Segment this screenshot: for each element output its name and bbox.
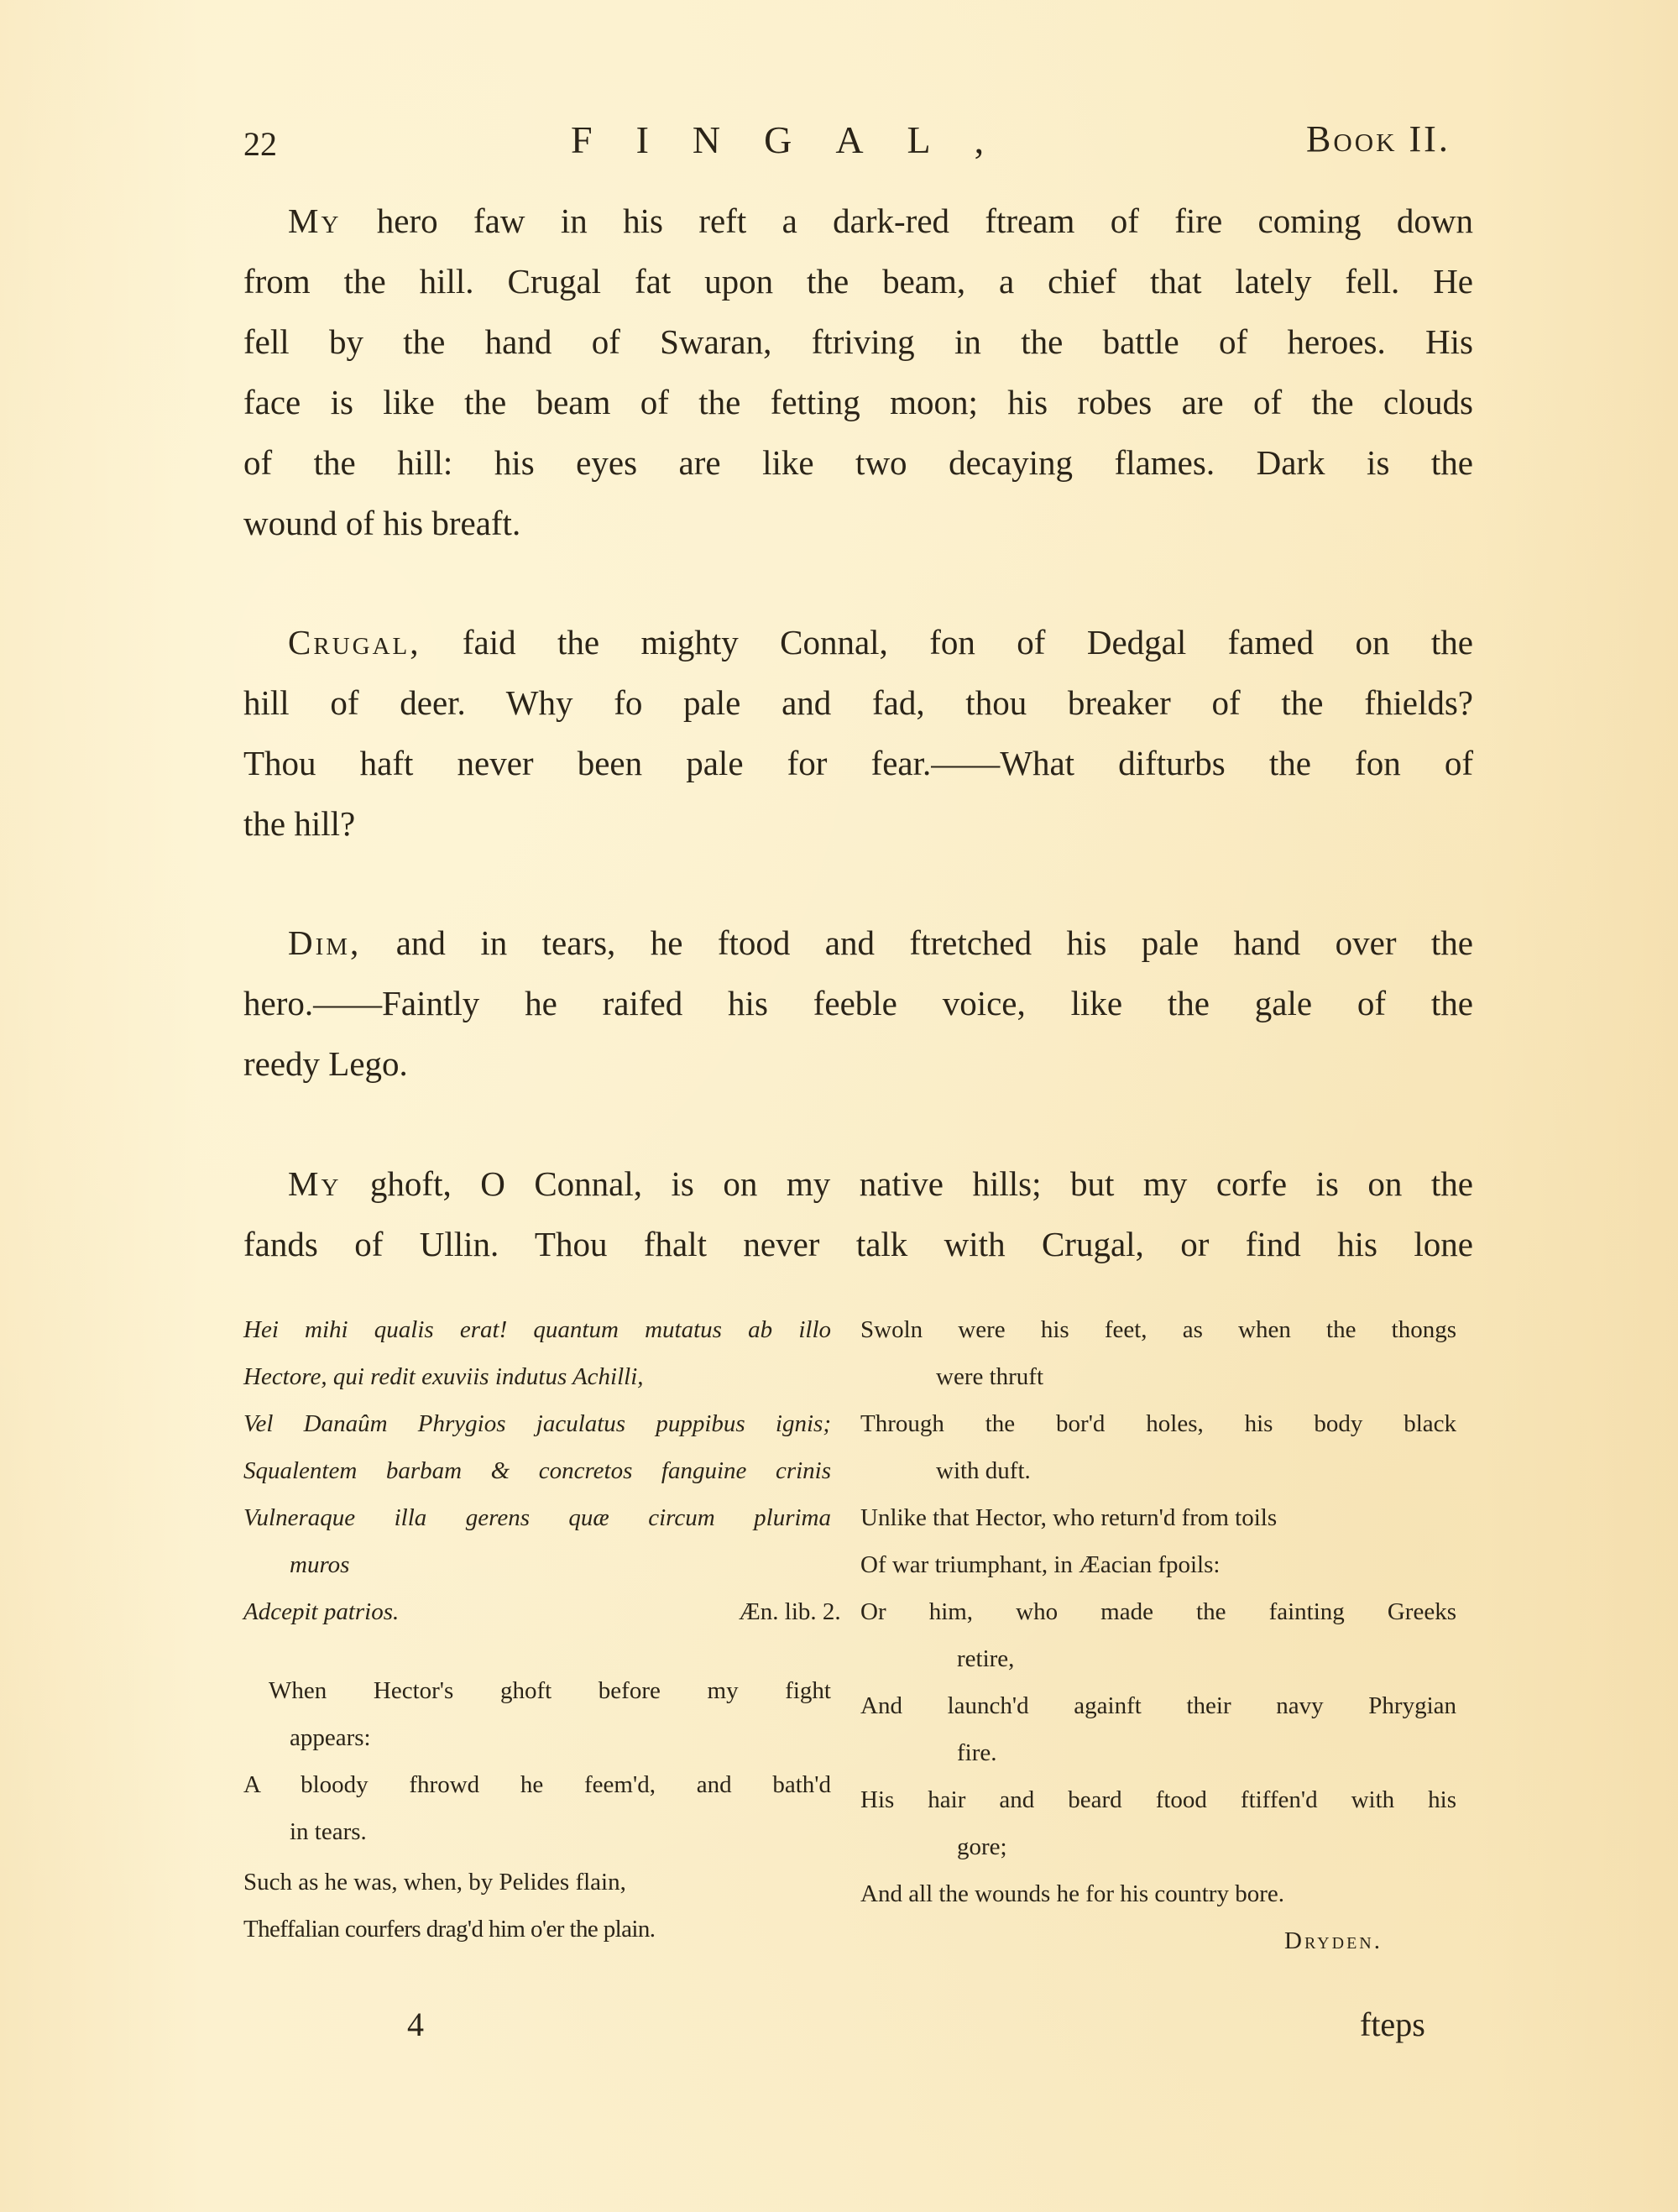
dryden-verse-line: His hair and beard ftood ftiffen'd with … xyxy=(860,1783,1456,1817)
body-line: the hill? xyxy=(243,803,1473,845)
catchword: fteps xyxy=(1360,2005,1425,2044)
dryden-verse-line: with duft. xyxy=(936,1454,1031,1488)
body-line: My ghoft, O Connal, is on my native hill… xyxy=(288,1163,1473,1205)
dryden-verse-line: Or him, who made the fainting Greeks xyxy=(860,1595,1456,1629)
dryden-verse-line: Unlike that Hector, who return'd from to… xyxy=(860,1501,1456,1535)
signature-mark: 4 xyxy=(407,2005,424,2044)
paragraph-lead: Dim, xyxy=(288,923,361,962)
body-line: wound of his breaft. xyxy=(243,502,1473,544)
page-number: 22 xyxy=(243,124,277,164)
dryden-verse-line: Of war triumphant, in Æacian fpoils: xyxy=(860,1548,1456,1582)
latin-verse-line: Hectore, qui redit exuviis indutus Achil… xyxy=(243,1360,831,1394)
translator-signature: Dryden. xyxy=(1284,1924,1383,1958)
latin-verse-line: Adcepit patrios. xyxy=(243,1595,399,1629)
body-line: fell by the hand of Swaran, ftriving in … xyxy=(243,321,1473,363)
dryden-verse-line: appears: xyxy=(290,1721,371,1754)
body-line: reedy Lego. xyxy=(243,1043,1473,1085)
dryden-verse-line: fire. xyxy=(957,1736,997,1770)
dryden-verse-line: Swoln were his feet, as when the thongs xyxy=(860,1313,1456,1347)
paragraph-lead: Crugal, xyxy=(288,623,421,662)
book-label: Book II. xyxy=(1306,118,1451,160)
dryden-verse-line: And launch'd againft their navy Phrygian xyxy=(860,1689,1456,1723)
body-line: My hero faw in his reft a dark-red ftrea… xyxy=(288,200,1473,242)
body-line: Thou haft never been pale for fear.——Wha… xyxy=(243,742,1473,784)
body-line: from the hill. Crugal fat upon the beam,… xyxy=(243,260,1473,302)
body-line: fands of Ullin. Thou fhalt never talk wi… xyxy=(243,1223,1473,1265)
dryden-verse-line: retire, xyxy=(957,1642,1014,1676)
dryden-verse-line: Such as he was, when, by Pelides flain, xyxy=(243,1865,831,1899)
dryden-verse-line: were thruft xyxy=(936,1360,1043,1394)
paragraph-lead: My xyxy=(288,1164,341,1203)
body-line: face is like the beam of the fetting moo… xyxy=(243,381,1473,423)
dryden-verse-line: Theffalian courfers drag'd him o'er the … xyxy=(243,1912,831,1946)
running-head: 22 FINGAL, Book II. xyxy=(0,118,1678,168)
dryden-verse-line: And all the wounds he for his country bo… xyxy=(860,1877,1456,1911)
dryden-verse-line: A bloody fhrowd he feem'd, and bath'd xyxy=(243,1768,831,1801)
running-title: FINGAL, xyxy=(571,118,1027,162)
book-page: 22 FINGAL, Book II. My hero faw in his r… xyxy=(0,0,1678,2212)
dryden-verse-line: gore; xyxy=(957,1830,1007,1864)
latin-verse-line: Vel Danaûm Phrygios jaculatus puppibus i… xyxy=(243,1407,831,1441)
dryden-verse-line: Through the bor'd holes, his body black xyxy=(860,1407,1456,1441)
latin-verse-line: muros xyxy=(290,1548,349,1582)
dryden-verse-line: in tears. xyxy=(290,1815,367,1849)
body-line: hero.——Faintly he raifed his feeble voic… xyxy=(243,982,1473,1024)
body-line: hill of deer. Why fo pale and fad, thou … xyxy=(243,682,1473,724)
body-line: Dim, and in tears, he ftood and ftretche… xyxy=(288,922,1473,964)
dryden-verse-line: When Hector's ghoft before my fight xyxy=(269,1674,831,1707)
body-line: of the hill: his eyes are like two decay… xyxy=(243,442,1473,484)
paragraph-lead: My xyxy=(288,201,341,240)
latin-verse-line: Hei mihi qualis erat! quantum mutatus ab… xyxy=(243,1313,831,1347)
body-line: Crugal, faid the mighty Connal, fon of D… xyxy=(288,621,1473,663)
latin-verse-line: Squalentem barbam & concretos fanguine c… xyxy=(243,1454,831,1488)
latin-citation: Æn. lib. 2. xyxy=(739,1595,841,1629)
latin-verse-line: Vulneraque illa gerens quæ circum plurim… xyxy=(243,1501,831,1535)
